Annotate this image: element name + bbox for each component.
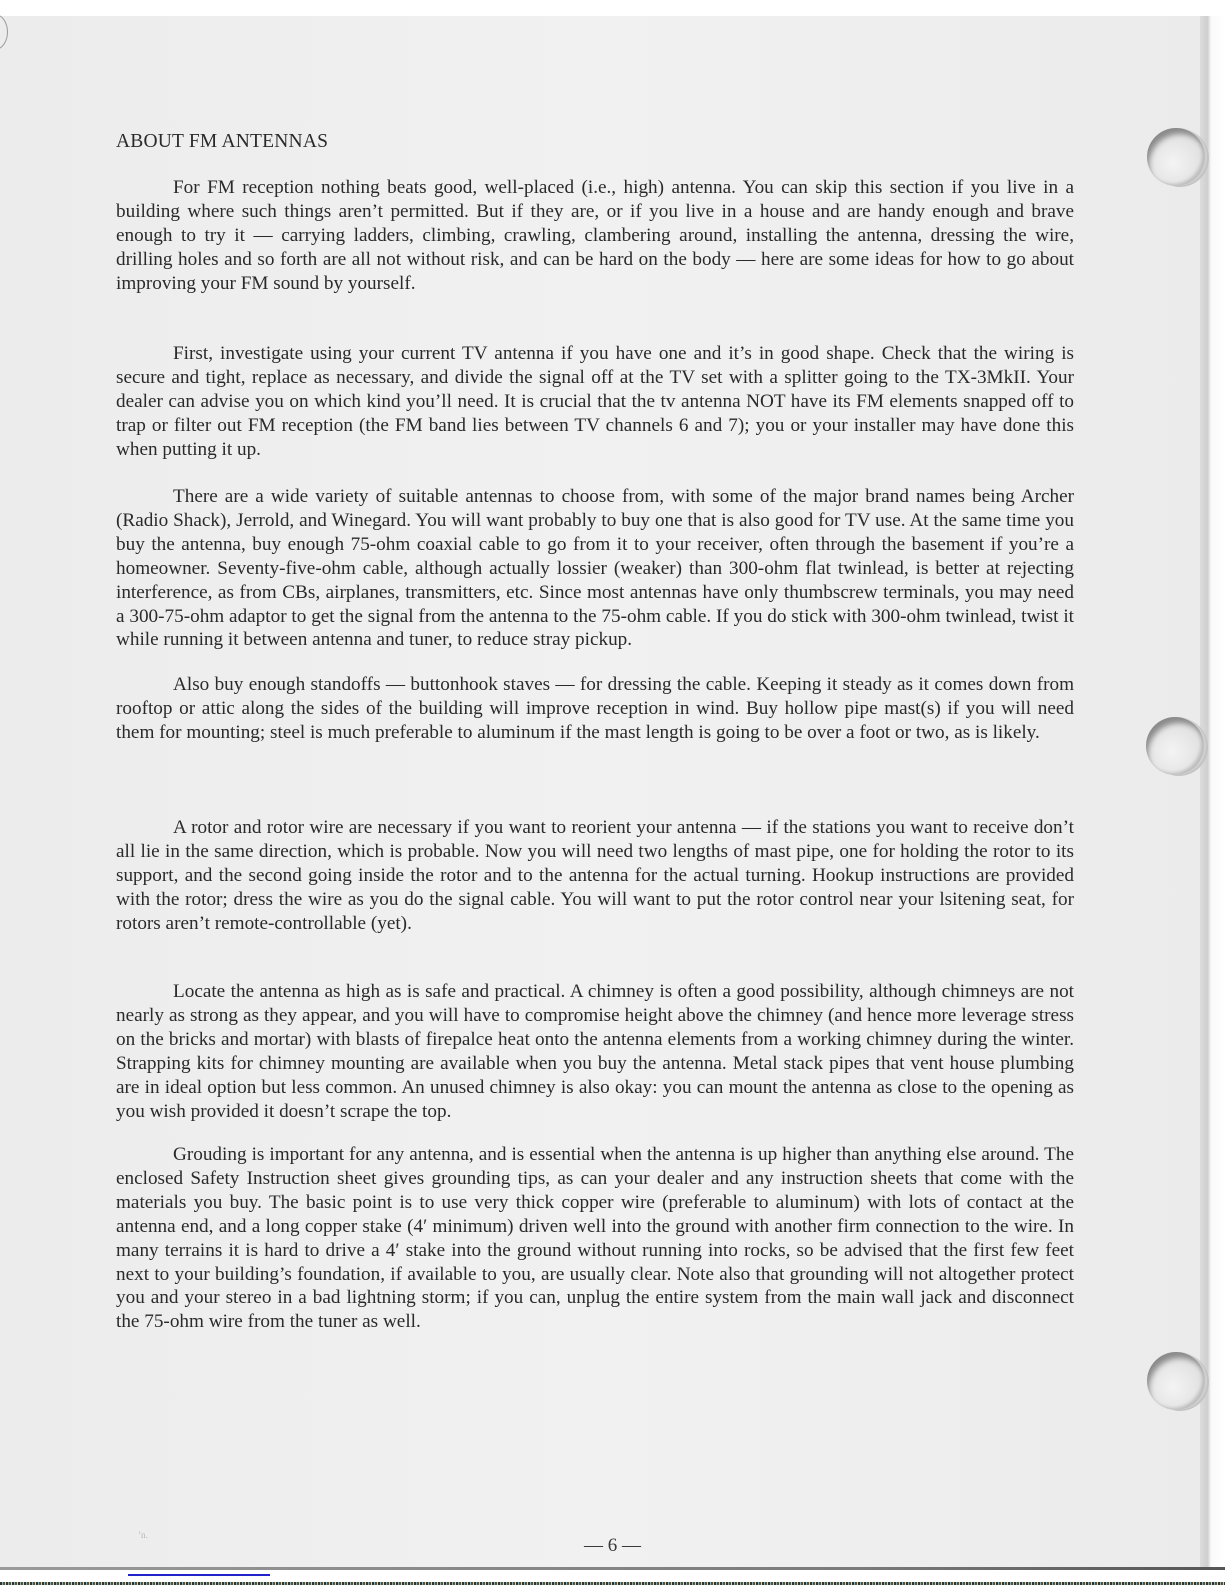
scan-marker-line: [128, 1574, 270, 1576]
paragraph-text: Grouding is important for any antenna, a…: [116, 1143, 1074, 1334]
paragraph-2: First, investigate using your current TV…: [116, 342, 1074, 462]
paragraph-text: First, investigate using your current TV…: [116, 342, 1074, 462]
page-edge: [1200, 16, 1225, 1569]
punch-hole-bottom: [1147, 1352, 1205, 1410]
paragraph-3: There are a wide variety of suitable ant…: [116, 485, 1074, 652]
paragraph-text: Also buy enough standoffs — buttonhook s…: [116, 673, 1074, 745]
punch-hole-top: [1147, 128, 1205, 186]
section-heading: ABOUT FM ANTENNAS: [116, 131, 328, 153]
paragraph-text: There are a wide variety of suitable ant…: [116, 485, 1074, 652]
scan-artifact: ʼn.: [138, 1530, 148, 1540]
page-bottom-shadow: [0, 1567, 1225, 1570]
paragraph-5: A rotor and rotor wire are necessary if …: [116, 816, 1074, 936]
paragraph-text: Locate the antenna as high as is safe an…: [116, 980, 1074, 1123]
paragraph-text: For FM reception nothing beats good, wel…: [116, 176, 1074, 296]
punch-hole-middle: [1146, 717, 1204, 775]
paragraph-7: Grouding is important for any antenna, a…: [116, 1143, 1074, 1334]
paragraph-1: For FM reception nothing beats good, wel…: [116, 176, 1074, 296]
paragraph-6: Locate the antenna as high as is safe an…: [116, 980, 1074, 1123]
page-number: — 6 —: [0, 1535, 1225, 1557]
paragraph-text: A rotor and rotor wire are necessary if …: [116, 816, 1074, 936]
paragraph-4: Also buy enough standoffs — buttonhook s…: [116, 673, 1074, 745]
